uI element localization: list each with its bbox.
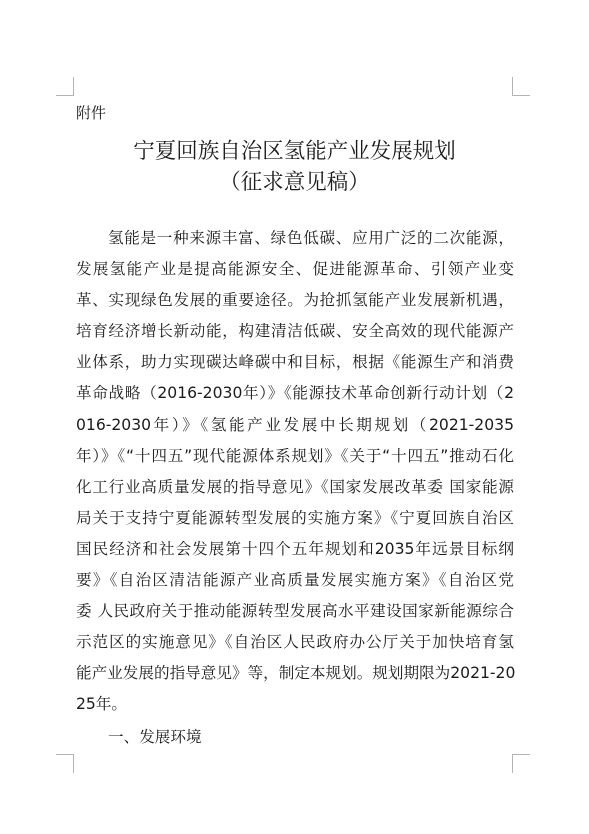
paragraph-line: 革命战略（2016-2030年）》《能源技术革命创新行动计划（2 xyxy=(76,378,514,409)
paragraph-line: 氢能是一种来源丰富、绿色低碳、应用广泛的二次能源， xyxy=(76,223,514,254)
paragraph-line: 委 人民政府关于推动能源转型发展高水平建设国家新能源综合 xyxy=(76,596,514,627)
document-subtitle: （征求意见稿） xyxy=(0,168,589,198)
section-heading: 一、发展环境 xyxy=(108,722,202,753)
attachment-label: 附件 xyxy=(76,104,106,122)
paragraph-line: 培育经济增长新动能，构建清洁低碳、安全高效的现代能源产 xyxy=(76,316,514,347)
paragraph-line: 示范区的实施意见》《自治区人民政府办公厅关于加快培育氢 xyxy=(76,627,514,658)
crop-mark-top-right xyxy=(512,77,530,96)
intro-paragraph: 氢能是一种来源丰富、绿色低碳、应用广泛的二次能源， 发展氢能产业是提高能源安全、… xyxy=(76,223,514,721)
crop-mark-bottom-right xyxy=(512,754,530,773)
paragraph-line: 发展氢能产业是提高能源安全、促进能源革命、引领产业变 xyxy=(76,254,514,285)
paragraph-line: 国民经济和社会发展第十四个五年规划和2035年远景目标纲 xyxy=(76,534,514,565)
document-title: 宁夏回族自治区氢能产业发展规划 xyxy=(0,137,589,167)
paragraph-line: 能产业发展的指导意见》等，制定本规划。规划期限为2021-20 xyxy=(76,658,514,689)
crop-mark-bottom-left xyxy=(56,754,74,773)
paragraph-line: 要》《自治区清洁能源产业高质量发展实施方案》《自治区党 xyxy=(76,565,514,596)
paragraph-line: 化工行业高质量发展的指导意见》《国家发展改革委 国家能源 xyxy=(76,472,514,503)
paragraph-line: 局关于支持宁夏能源转型发展的实施方案》《宁夏回族自治区 xyxy=(76,503,514,534)
paragraph-line: 业体系，助力实现碳达峰碳中和目标，根据《能源生产和消费 xyxy=(76,347,514,378)
paragraph-line: 革、实现绿色发展的重要途径。为抢抓氢能产业发展新机遇， xyxy=(76,285,514,316)
paragraph-line: 年）》《“十四五”现代能源体系规划》《关于“十四五”推动石化 xyxy=(76,441,514,472)
paragraph-line: 016-2030年）》《氢能产业发展中长期规划（2021-2035 xyxy=(76,410,514,441)
document-page: 附件 宁夏回族自治区氢能产业发展规划 （征求意见稿） 氢能是一种来源丰富、绿色低… xyxy=(0,0,589,834)
paragraph-line: 25年。 xyxy=(76,689,514,720)
crop-mark-top-left xyxy=(56,77,74,96)
